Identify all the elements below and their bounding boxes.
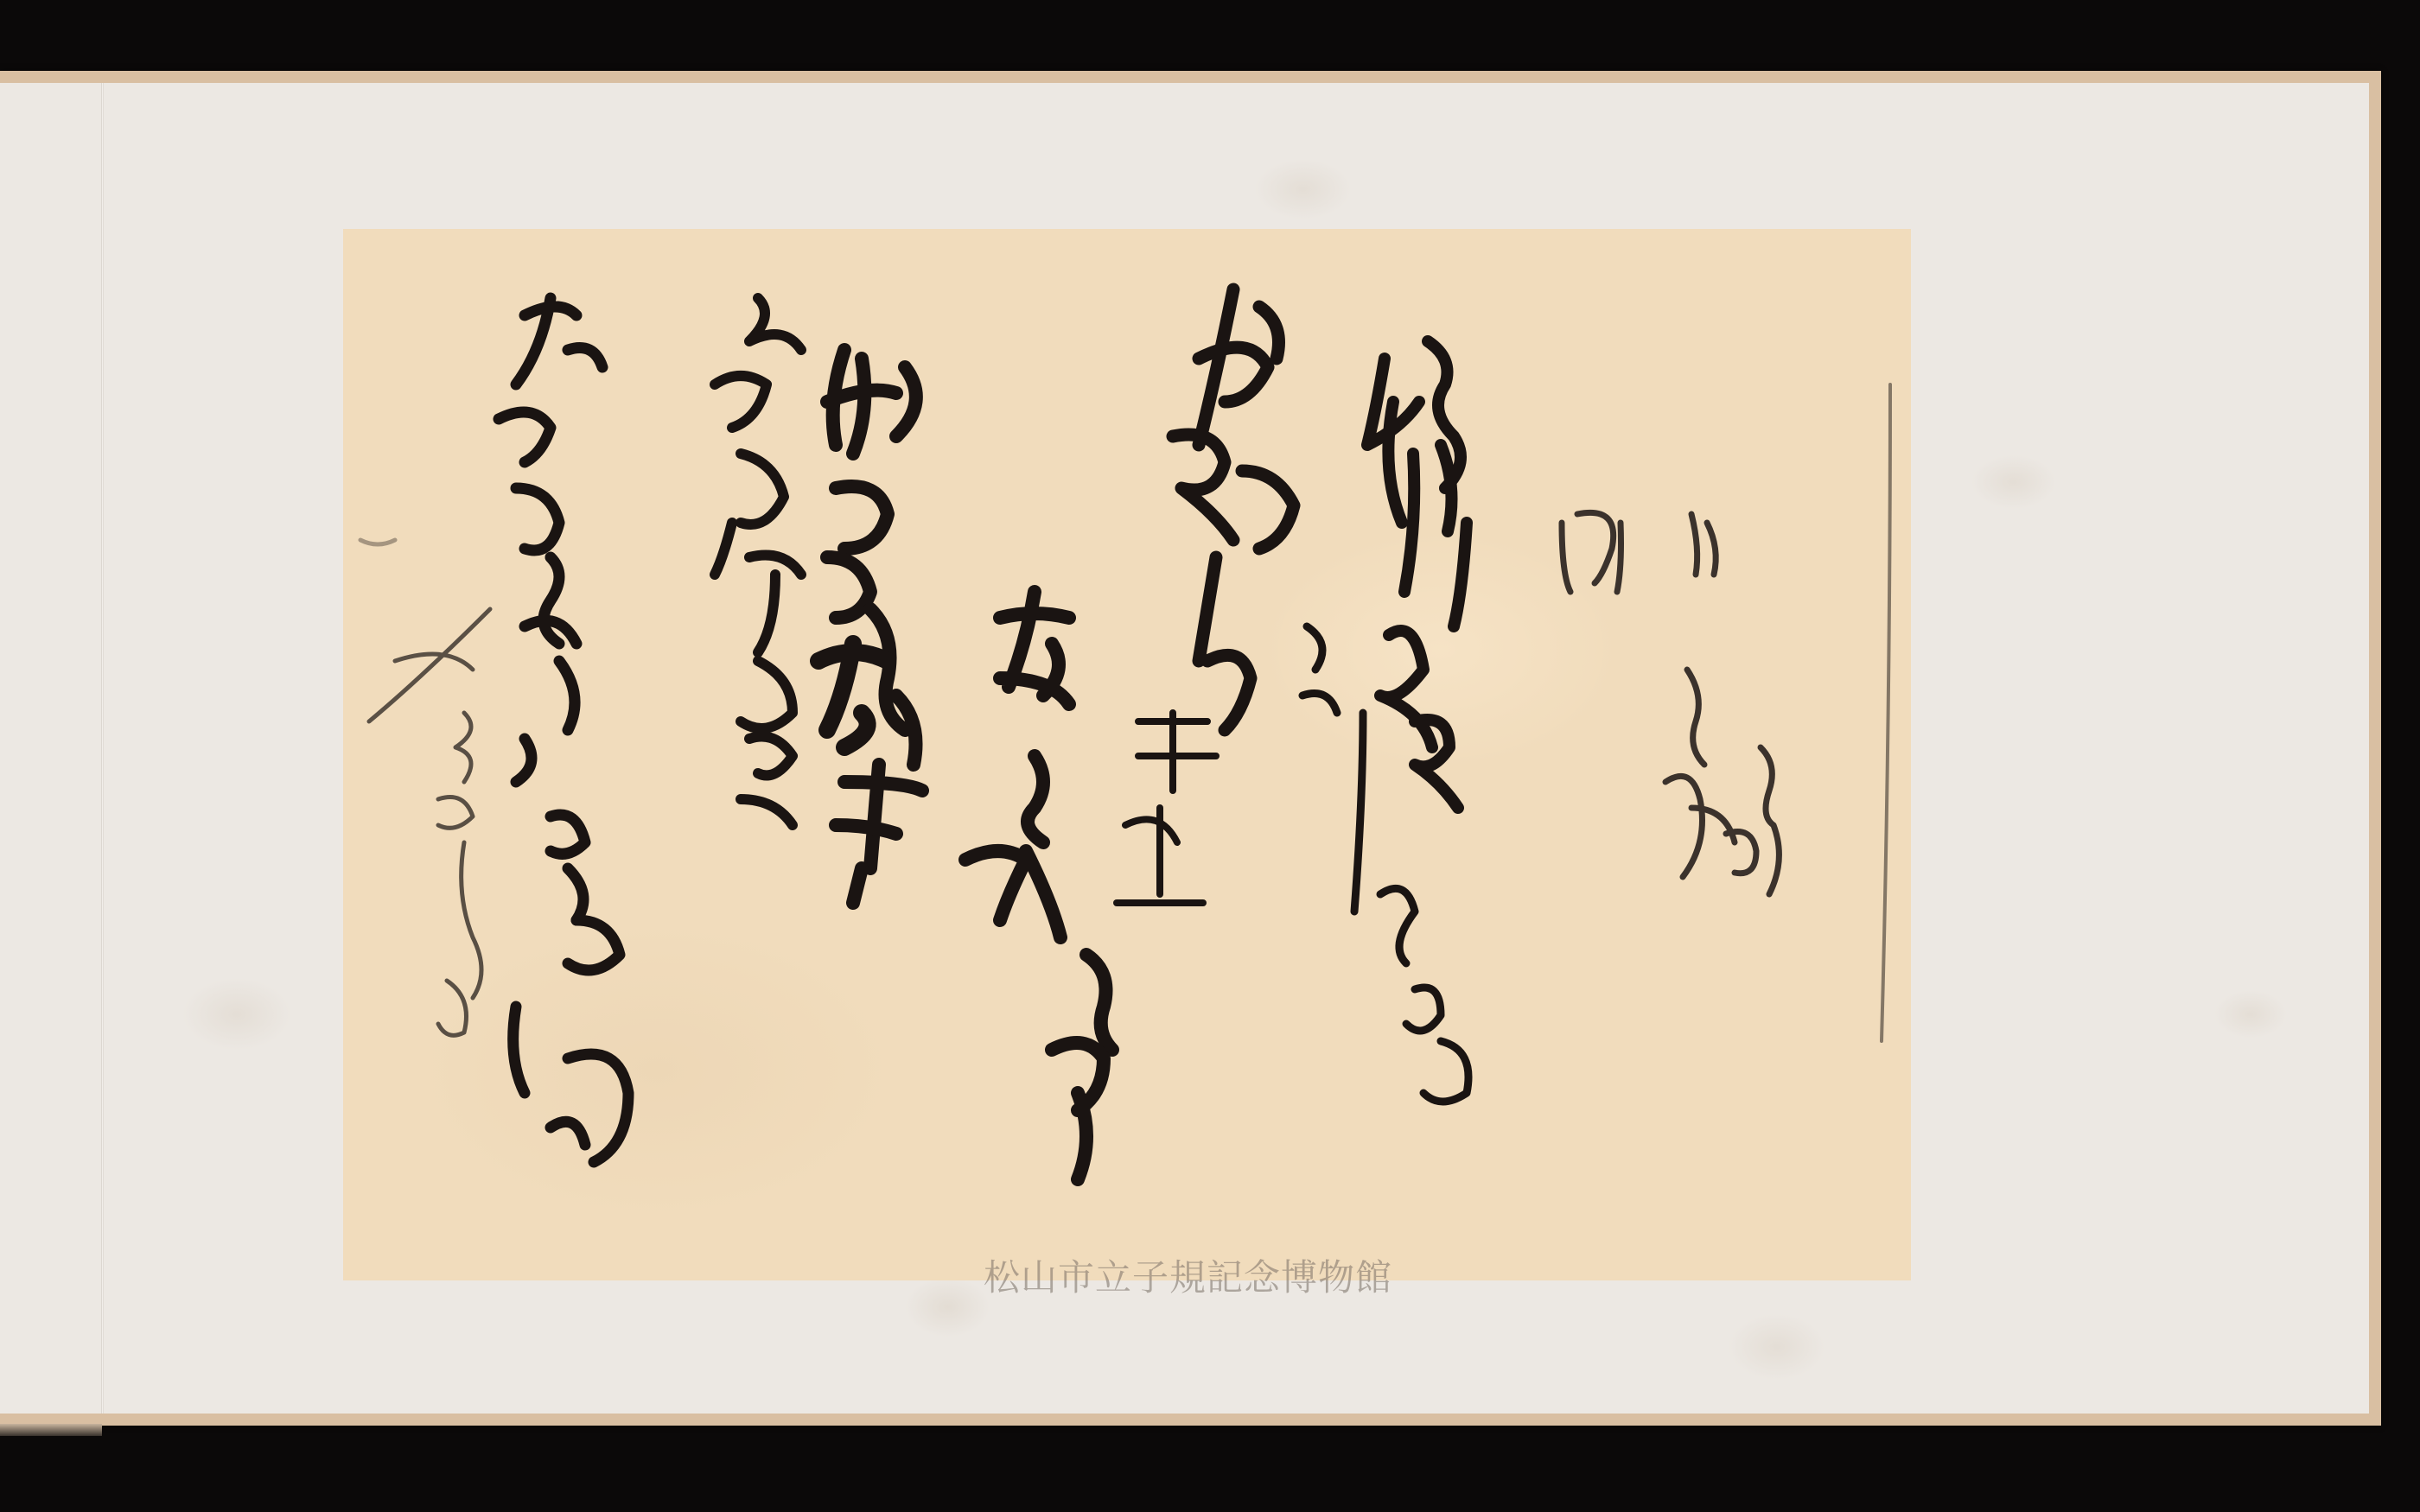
mount-fold-line bbox=[101, 83, 104, 1414]
column-9 bbox=[499, 298, 628, 1162]
column-5 bbox=[965, 592, 1112, 1179]
column-6 bbox=[827, 350, 922, 903]
calligraphy-paper bbox=[343, 229, 1911, 1280]
column-8-bold bbox=[818, 644, 888, 747]
fold-edge-shadow bbox=[0, 1424, 102, 1436]
column-7 bbox=[715, 298, 801, 825]
signature-column bbox=[360, 540, 490, 1035]
column-4 bbox=[1173, 289, 1294, 730]
museum-watermark: 松山市立子規記念博物館 bbox=[984, 1249, 1392, 1301]
column-2 bbox=[1367, 341, 1467, 808]
column-1 bbox=[1562, 384, 1911, 1041]
column-4-lower bbox=[1117, 713, 1216, 903]
calligraphy-strokes bbox=[343, 229, 1911, 1280]
